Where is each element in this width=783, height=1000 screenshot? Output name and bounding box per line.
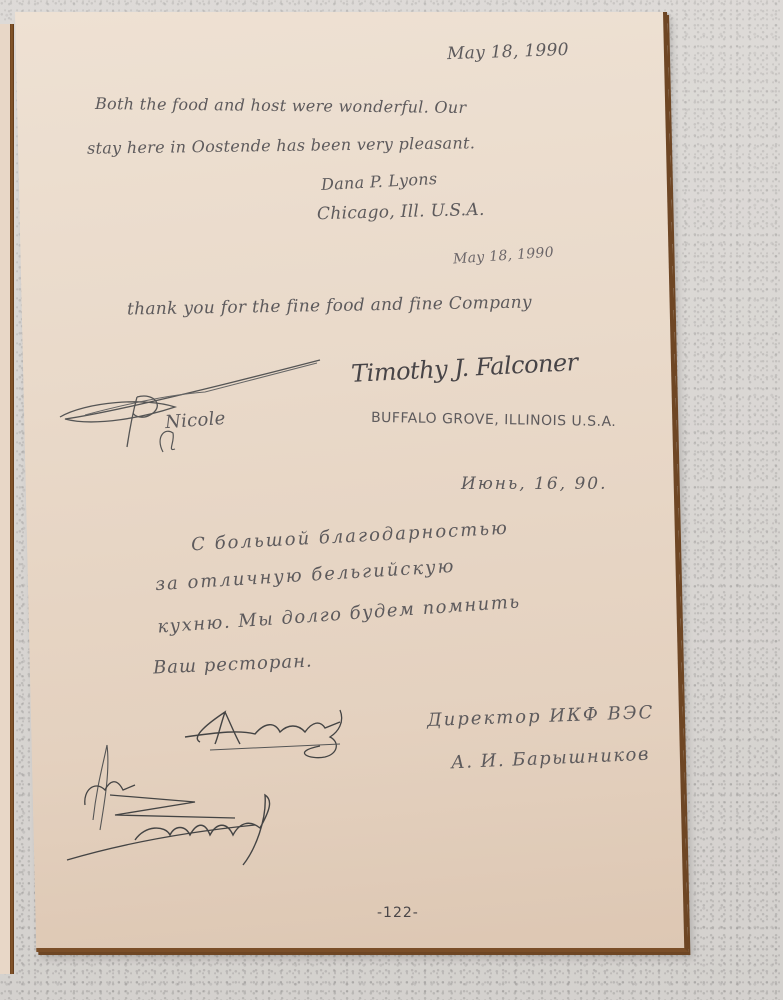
entry-3-date: Июнь, 16, 90.: [461, 474, 608, 494]
entry-1-signature: Dana P. Lyons: [321, 169, 438, 194]
nicole-name: Nicole: [164, 408, 226, 433]
entry-3-line-2: за отличную бельгийскую: [155, 556, 456, 595]
entry-1-line-1: Both the food and host were wonderful. O…: [95, 94, 467, 117]
entry-2-location: BUFFALO GROVE, ILLINOIS U.S.A.: [371, 410, 617, 430]
entry-1-location: Chicago, Ill. U.S.A.: [317, 200, 485, 224]
entry-2-line-1: thank you for the fine food and fine Com…: [127, 292, 532, 319]
guestbook-page: May 18, 1990 Both the food and host were…: [15, 12, 688, 952]
entry-2-date: May 18, 1990: [453, 244, 555, 267]
entry-3-line-3: кухню. Мы долго будем помнить: [157, 591, 522, 637]
entry-1-date: May 18, 1990: [447, 40, 569, 64]
entry-3-line-1: С большой благодарностью: [191, 518, 510, 556]
falconer-signature: Timothy J. Falconer: [350, 348, 578, 388]
entry-3-title-line: Директор ИКФ ВЭС: [427, 702, 655, 731]
entry-3-line-4: Ваш ресторан.: [153, 651, 313, 679]
page-number: -122-: [377, 905, 419, 921]
entry-1-line-2: stay here in Oostende has been very plea…: [87, 133, 475, 157]
russian-signature-2: [55, 740, 355, 870]
left-page-edge: [10, 24, 14, 974]
entry-3-name-line: А. И. Барышников: [451, 744, 651, 774]
